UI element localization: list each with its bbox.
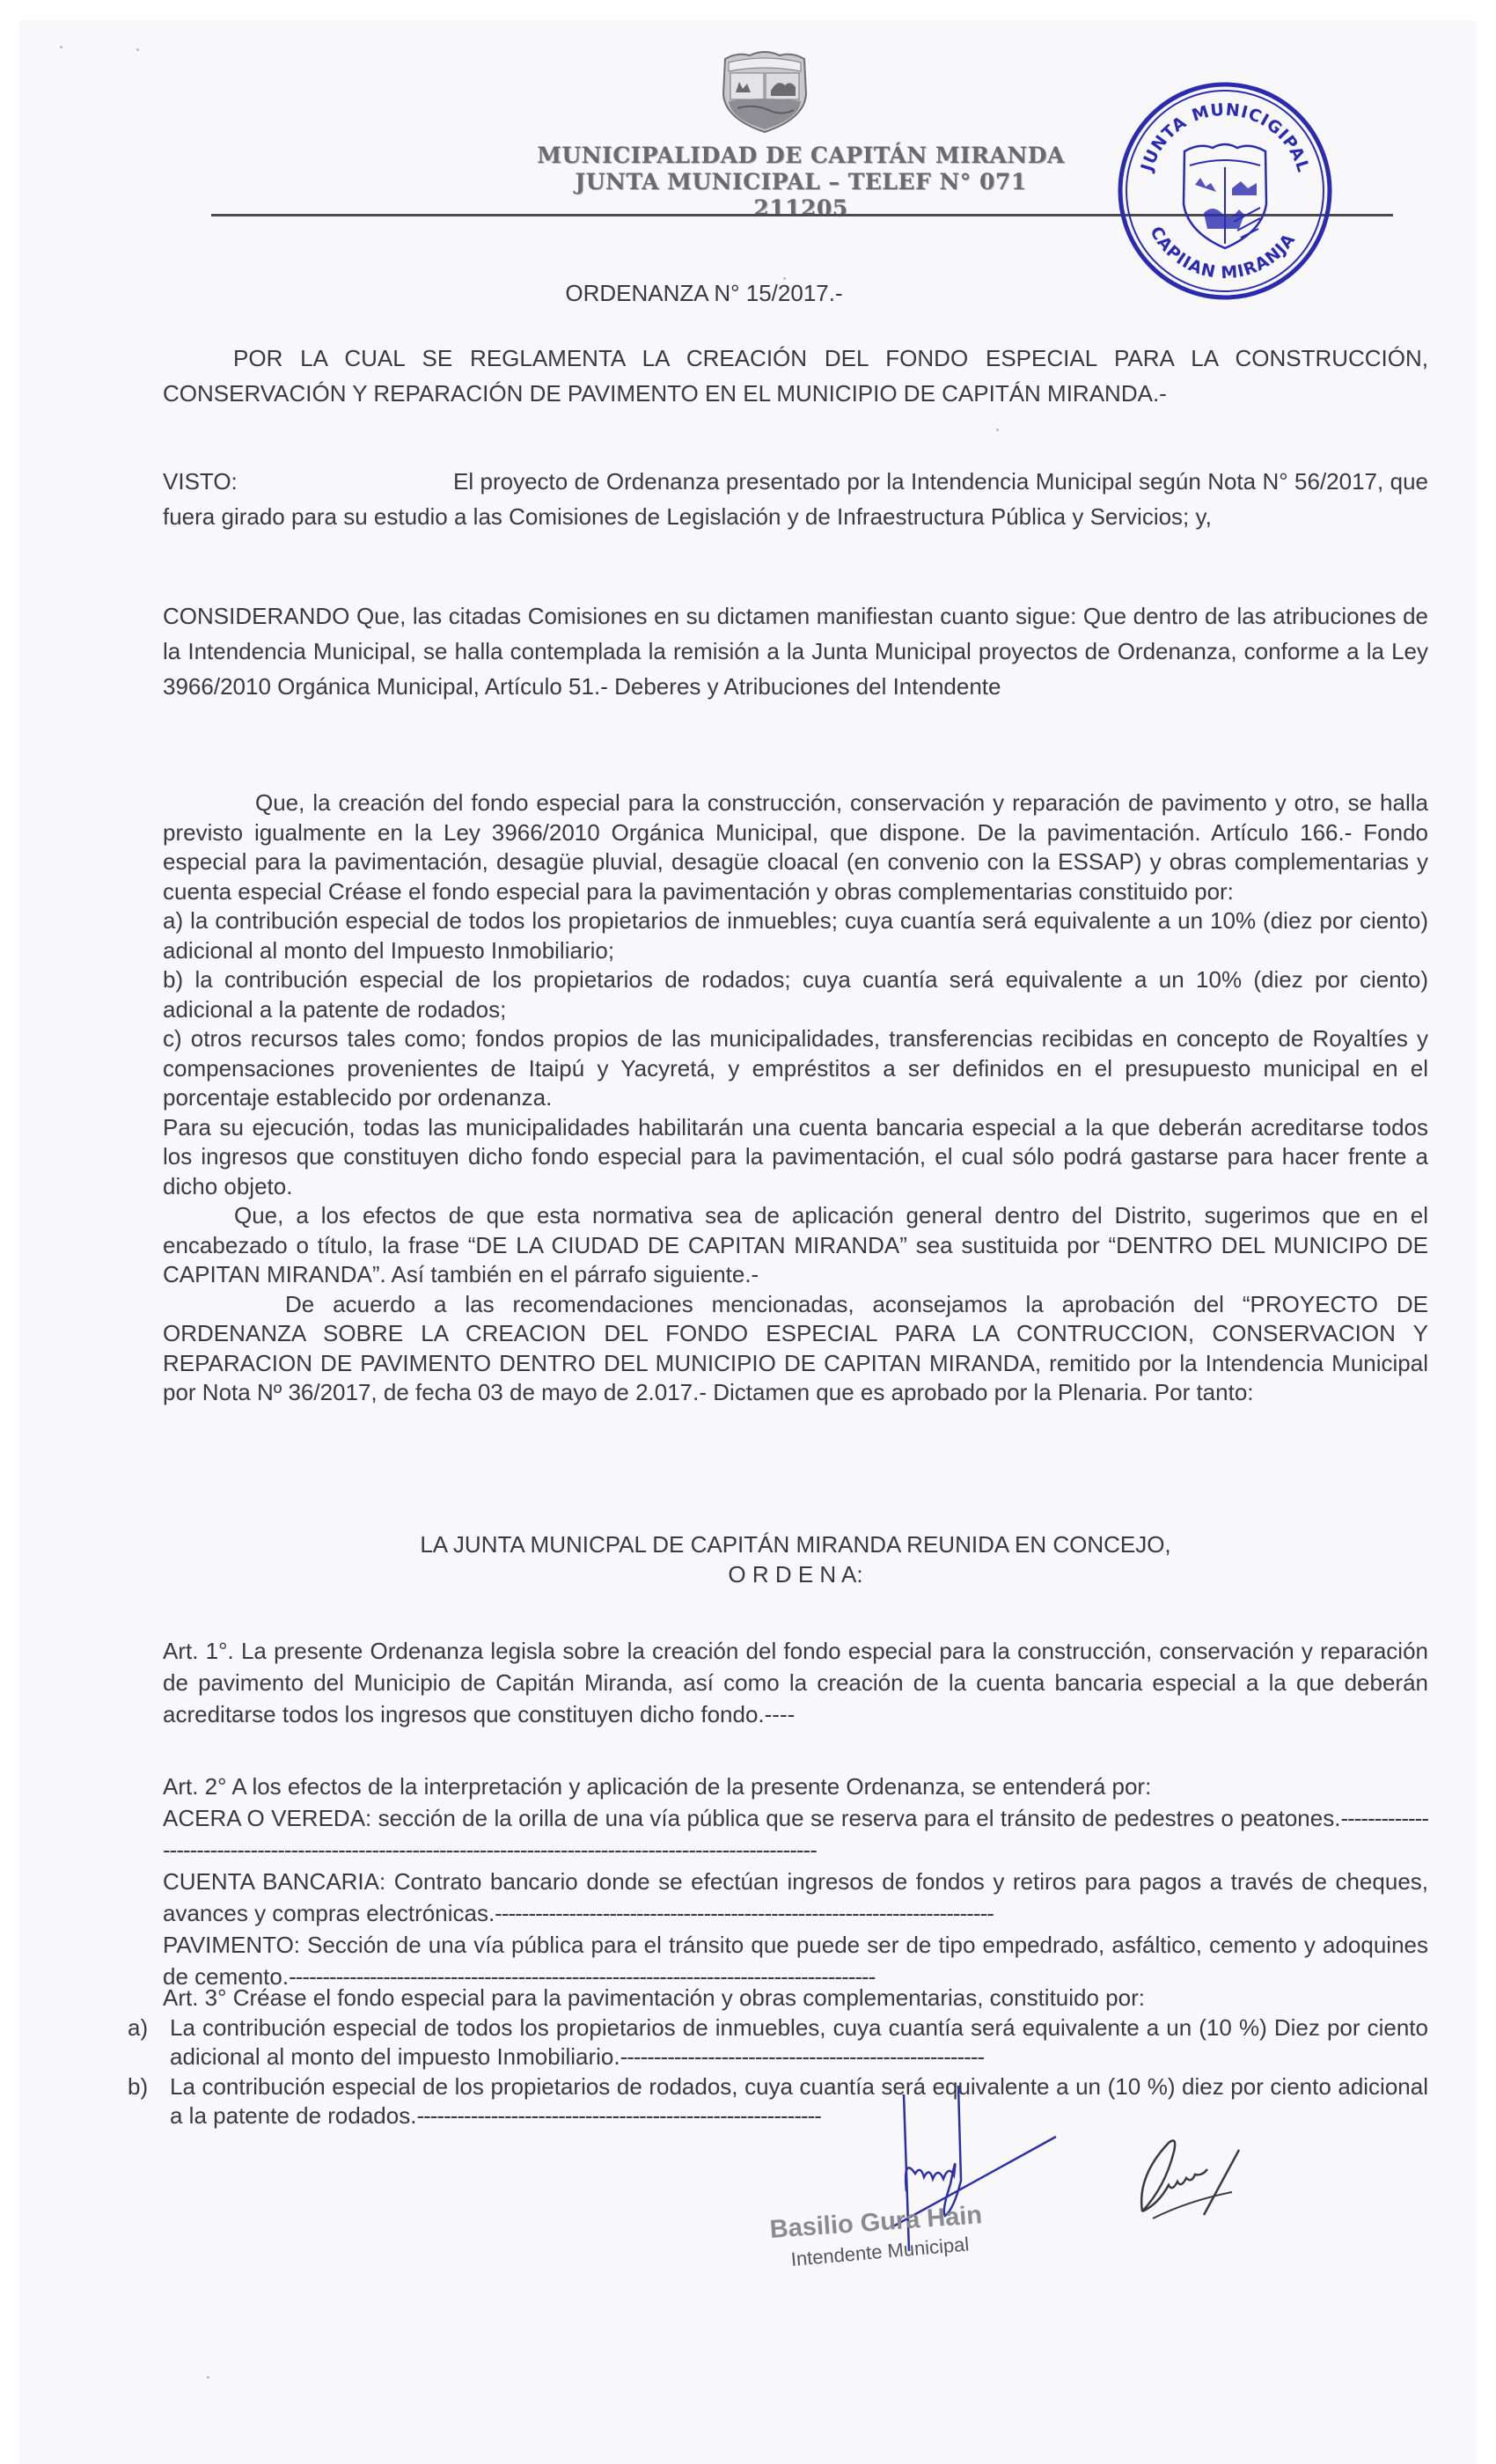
visto-label: VISTO: (163, 464, 453, 499)
article-3-item-b: b)La contribución especial de los propie… (128, 2072, 1428, 2131)
article-3: Art. 3° Créase el fondo especial para la… (163, 1984, 1428, 2131)
article-2-intro: Art. 2° A los efectos de la interpretaci… (163, 1771, 1428, 1802)
considerando-paragraph: CONSIDERANDO Que, las citadas Comisiones… (163, 598, 1428, 704)
execution-paragraph: Para su ejecución, todas las municipalid… (163, 1113, 1428, 1202)
letterhead-organization: MUNICIPALIDAD DE CAPITÁN MIRANDA (528, 143, 1074, 169)
article-3-item-a: a)La contribución especial de todos los … (128, 2013, 1428, 2072)
svg-text:JUNTA MUNICIGIPAL: JUNTA MUNICIGIPAL (1137, 100, 1313, 175)
article-2: Art. 2° A los efectos de la interpretaci… (163, 1771, 1428, 1992)
ordinance-number: ORDENANZA N° 15/2017.- (264, 280, 1144, 307)
recommendation-paragraph: Que, a los efectos de que esta normativa… (163, 1201, 1428, 1290)
considerando-legal-basis: Que, la creación del fondo especial para… (163, 788, 1428, 1408)
scan-speck (996, 429, 999, 431)
paragraph-ley-3966: Que, la creación del fondo especial para… (163, 788, 1428, 906)
scan-speck (60, 46, 62, 48)
definition-acera: ACERA O VEREDA: sección de la orilla de … (163, 1802, 1428, 1866)
fund-source-item: a) la contribución especial de todos los… (163, 906, 1428, 965)
municipal-emblem-icon (720, 48, 810, 134)
article-3-intro: Art. 3° Créase el fondo especial para la… (163, 1984, 1428, 2013)
resolution-heading: LA JUNTA MUNICPAL DE CAPITÁN MIRANDA REU… (163, 1529, 1428, 1589)
definition-cuenta-bancaria: CUENTA BANCARIA: Contrato bancario donde… (163, 1866, 1428, 1929)
scan-speck (207, 2376, 209, 2379)
article-1: Art. 1°. La presente Ordenanza legisla s… (163, 1635, 1428, 1730)
junta-municipal-stamp-icon: JUNTA MUNICIGIPAL CAPIIAN MIRANJA (1116, 81, 1334, 301)
junta-heading: LA JUNTA MUNICPAL DE CAPITÁN MIRANDA REU… (163, 1529, 1428, 1559)
ordinance-title: POR LA CUAL SE REGLAMENTA LA CREACIÓN DE… (163, 341, 1428, 411)
secretary-signature-icon (1126, 2134, 1258, 2231)
ordena-heading: O R D E N A: (163, 1559, 1428, 1589)
visto-section: VISTO:El proyecto de Ordenanza presentad… (163, 464, 1428, 534)
fund-source-item: b) la contribución especial de los propi… (163, 965, 1428, 1024)
approval-paragraph: De acuerdo a las recomendaciones mencion… (163, 1290, 1428, 1408)
fund-source-item: c) otros recursos tales como; fondos pro… (163, 1024, 1428, 1113)
scan-speck (136, 48, 139, 51)
